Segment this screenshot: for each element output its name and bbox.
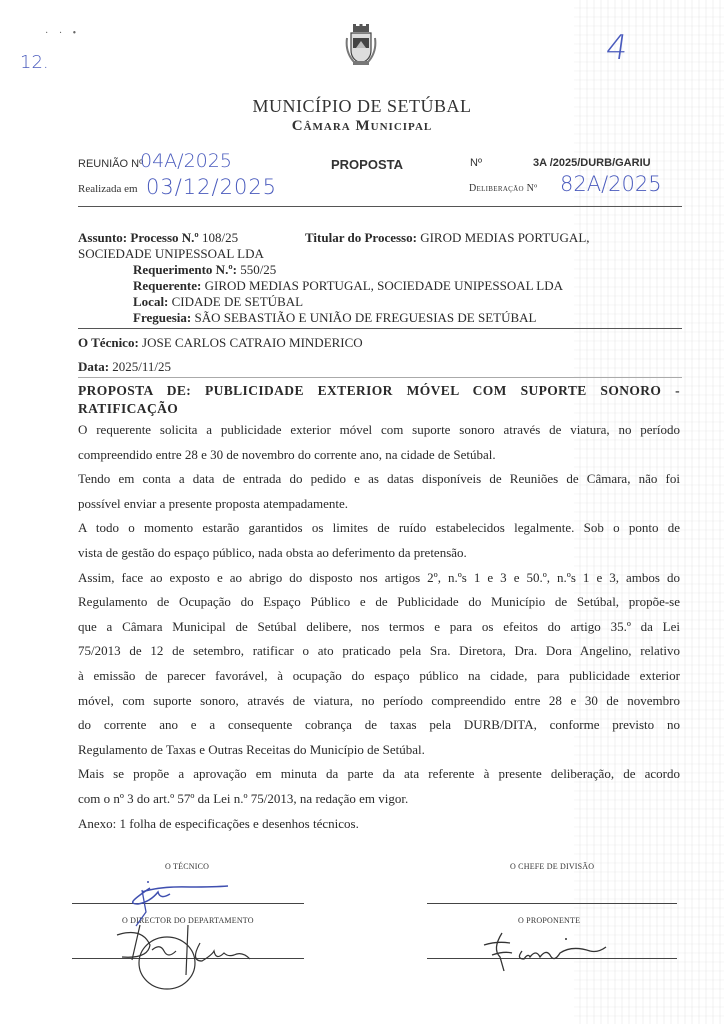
body-line: Tendo em conta a data de entrada do pedi… (78, 471, 680, 487)
reuniao-number: 04A/2025 (140, 150, 232, 172)
freguesia-line: Freguesia: SÃO SEBASTIÃO E UNIÃO DE FREG… (133, 310, 536, 326)
titular-line: Titular do Processo: GIROD MEDIAS PORTUG… (305, 230, 590, 246)
body-line: vista de gestão do espaço público, nada … (78, 545, 467, 561)
signature-label-proponente: O PROPONENTE (518, 916, 580, 925)
realizada-label: Realizada em (78, 183, 138, 195)
proposal-heading: PROPOSTA DE: PUBLICIDADE EXTERIOR MÓVEL … (78, 383, 680, 399)
reuniao-label: REUNIÃO Nº (78, 158, 143, 170)
chamber-title: Câmara Municipal (0, 118, 724, 135)
signature-director (112, 915, 262, 990)
body-line: com o nº 3 do art.º 57º da Lei n.º 75/20… (78, 791, 408, 807)
handwritten-page-mark-left: 12. (20, 52, 49, 73)
proposta-label: PROPOSTA (331, 157, 403, 172)
proposal-number: 3A /2025/DURB/GARIU (533, 157, 651, 169)
divider (78, 206, 682, 207)
deliberacao-label: Deliberação Nº (469, 183, 538, 194)
data-label: Data: (78, 359, 109, 374)
body-line: móvel, com suporte sonoro, através de vi… (78, 693, 680, 709)
body-line: do corrente ano e a consequente cobrança… (78, 717, 680, 733)
body-line: que a Câmara Municipal de Setúbal delibe… (78, 619, 680, 635)
signature-label-chefe: O CHEFE DE DIVISÃO (510, 862, 594, 871)
assunto-line: Assunto: Processo N.º 108/25 (78, 230, 238, 246)
body-line: 75/2013 de 12 de setembro, ratificar o a… (78, 643, 680, 659)
assunto-label: Assunto: Processo N.º (78, 230, 199, 245)
scan-specks: · · • (45, 28, 80, 39)
requerimento-line: Requerimento N.º: 550/25 (133, 262, 276, 278)
municipality-title: MUNICÍPIO DE SETÚBAL (0, 96, 724, 117)
body-line: Regulamento de Ocupação do Espaço Públic… (78, 594, 680, 610)
local-value: CIDADE DE SETÚBAL (172, 294, 303, 309)
requerimento-value: 550/25 (240, 262, 276, 277)
freguesia-label: Freguesia: (133, 310, 191, 325)
scan-noise (574, 0, 724, 1024)
proposal-heading-cont: RATIFICAÇÃO (78, 401, 178, 417)
handwritten-page-mark-right: 4 (603, 28, 630, 68)
titular-label: Titular do Processo: (305, 230, 417, 245)
coat-of-arms-icon (344, 24, 378, 66)
body-line: Assim, face ao exposto e ao abrigo do di… (78, 570, 680, 586)
proposal-number-label: Nº (470, 157, 482, 169)
local-label: Local: (133, 294, 168, 309)
titular-value: GIROD MEDIAS PORTUGAL, (420, 230, 589, 245)
requerente-line: Requerente: GIROD MEDIAS PORTUGAL, SOCIE… (133, 278, 563, 294)
body-line: Mais se propõe a aprovação em minuta da … (78, 766, 680, 782)
signature-label-tecnico: O TÉCNICO (165, 862, 209, 871)
body-line: Anexo: 1 folha de especificações e desen… (78, 816, 359, 832)
body-line: compreendido entre 28 e 30 de novembro d… (78, 447, 496, 463)
body-line: Regulamento de Taxas e Outras Receitas d… (78, 742, 425, 758)
requerente-value: GIROD MEDIAS PORTUGAL, SOCIEDADE UNIPESS… (205, 278, 563, 293)
local-line: Local: CIDADE DE SETÚBAL (133, 294, 303, 310)
signature-proponente (482, 925, 612, 975)
body-line: O requerente solicita a publicidade exte… (78, 422, 680, 438)
divider (78, 328, 682, 329)
body-line: possível enviar a presente proposta atem… (78, 496, 348, 512)
deliberacao-number: 82A/2025 (560, 172, 662, 196)
body-line: à emissão de parecer favorável, à ocupaç… (78, 668, 680, 684)
freguesia-value: SÃO SEBASTIÃO E UNIÃO DE FREGUESIAS DE S… (195, 310, 537, 325)
titular-value-cont: SOCIEDADE UNIPESSOAL LDA (78, 246, 264, 262)
requerimento-label: Requerimento N.º: (133, 262, 237, 277)
data-line: Data: 2025/11/25 (78, 359, 171, 375)
divider (78, 377, 682, 378)
signature-line-chefe (427, 903, 677, 904)
tecnico-label: O Técnico: (78, 335, 139, 350)
body-line: A todo o momento estarão garantidos os l… (78, 520, 680, 536)
requerente-label: Requerente: (133, 278, 201, 293)
realizada-date: 03/12/2025 (146, 175, 277, 199)
tecnico-line: O Técnico: JOSE CARLOS CATRAIO MINDERICO (78, 335, 363, 351)
tecnico-value: JOSE CARLOS CATRAIO MINDERICO (142, 335, 363, 350)
document-page: · · • 12. 4 MUNICÍPIO DE SETÚBAL Câmara … (0, 0, 724, 1024)
assunto-value: 108/25 (202, 230, 238, 245)
data-value: 2025/11/25 (112, 359, 171, 374)
